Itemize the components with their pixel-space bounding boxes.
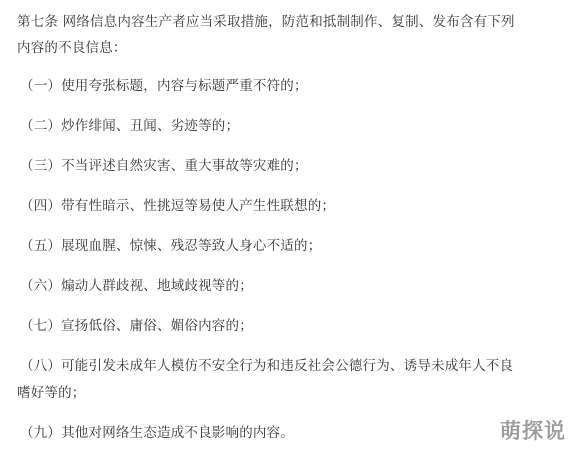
watermark-logo: 萌探说 [500, 415, 566, 445]
list-item-2: （二）炒作绯闻、丑闻、劣迹等的； [20, 117, 239, 135]
list-item-1: （一）使用夸张标题，内容与标题严重不符的； [20, 77, 308, 95]
list-item-7: （七）宣扬低俗、庸俗、媚俗内容的； [20, 317, 253, 335]
list-item-6: （六）煽动人群歧视、地域歧视等的； [20, 277, 253, 295]
article-heading-line-2: 内容的不良信息： [17, 39, 127, 57]
article-heading-line-1: 第七条 网络信息内容生产者应当采取措施，防范和抵制制作、复制、发布含有下列 [17, 13, 515, 31]
list-item-8: （八）可能引发未成年人模仿不安全行为和违反社会公德行为、诱导未成年人不良 [20, 357, 513, 375]
list-item-5: （五）展现血腥、惊悚、残忍等致人身心不适的； [20, 237, 321, 255]
list-item-3: （三）不当评述自然灾害、重大事故等灾难的； [20, 157, 308, 175]
list-item-4: （四）带有性暗示、性挑逗等易使人产生性联想的； [20, 197, 335, 215]
list-item-8-continued: 嗜好等的； [17, 384, 86, 402]
list-item-9: （九）其他对网络生态造成不良影响的内容。 [20, 424, 294, 442]
document-body: 第七条 网络信息内容生产者应当采取措施，防范和抵制制作、复制、发布含有下列 内容… [0, 0, 574, 451]
